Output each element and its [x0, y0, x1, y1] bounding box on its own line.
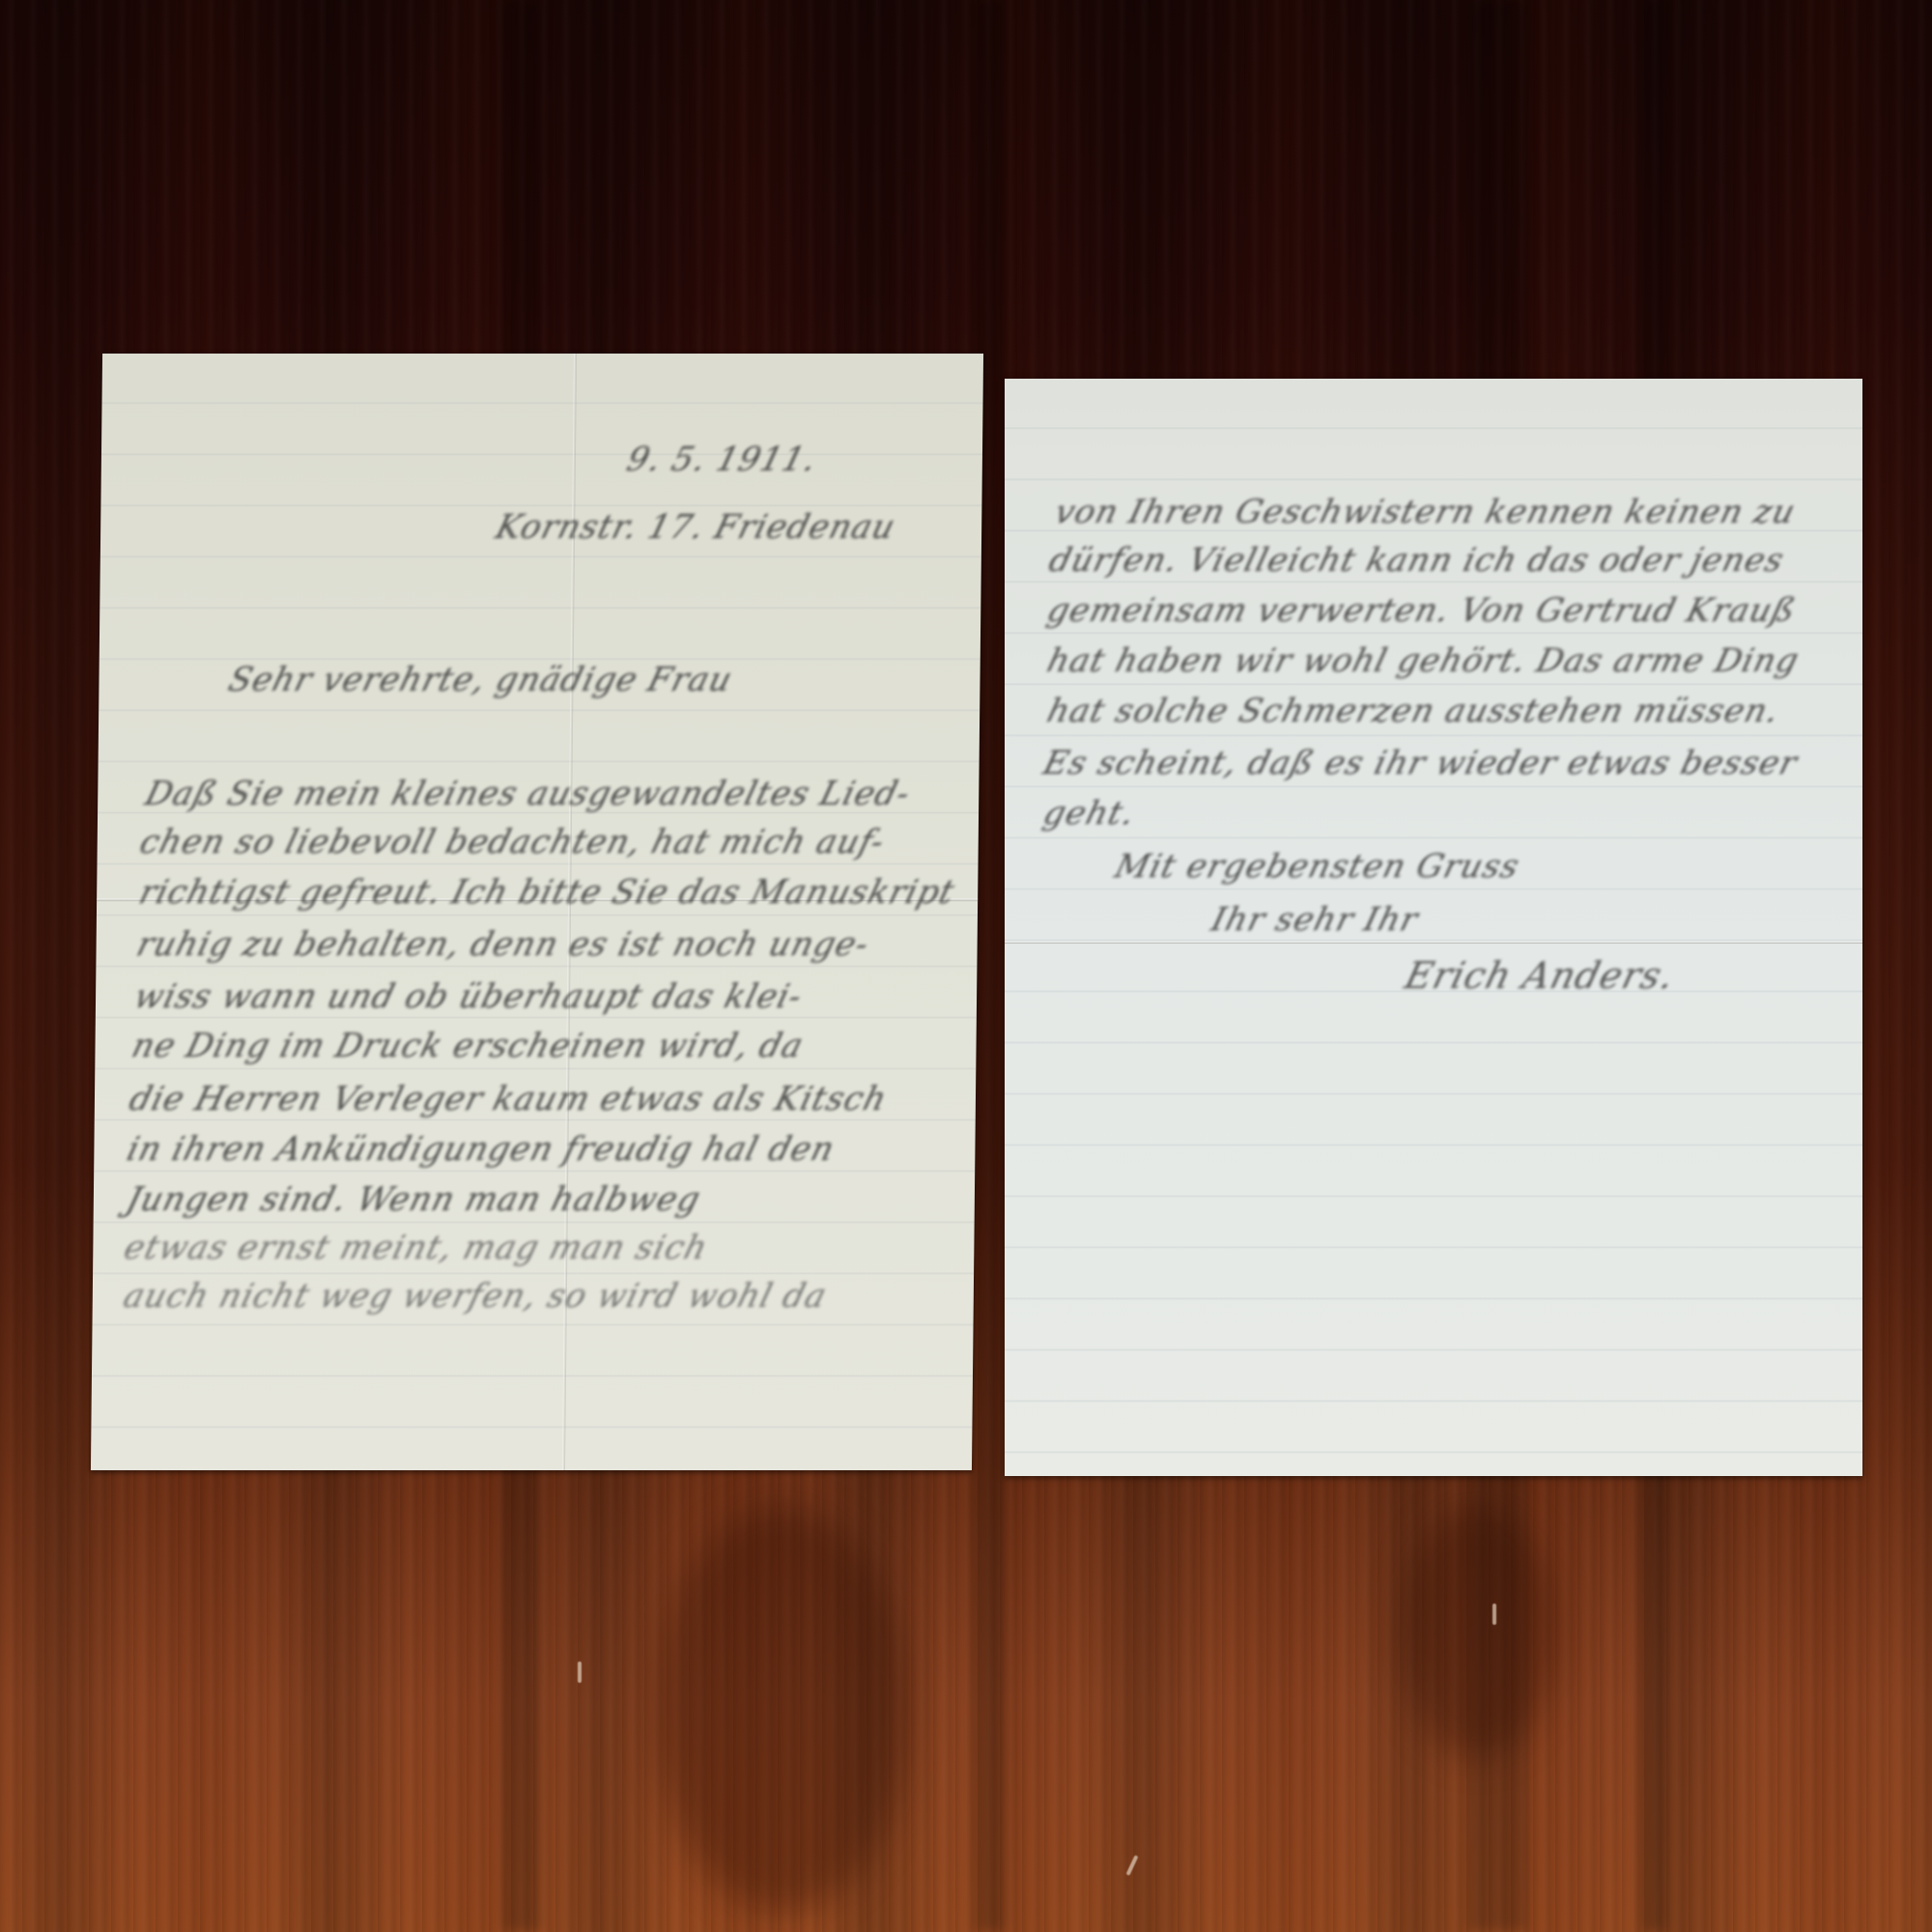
wood-grain-streak — [976, 0, 1005, 1932]
body-line: hat solche Schmerzen ausstehen müssen. — [1043, 692, 1783, 730]
body-line: hat haben wir wohl gehört. Das arme Ding — [1043, 641, 1804, 680]
body-line: ne Ding im Druck erscheinen wird, da — [128, 1027, 808, 1065]
wood-knot — [657, 1507, 908, 1913]
body-line: dürfen. Vielleicht kann ich das oder jen… — [1045, 541, 1788, 580]
body-line: ruhig zu behalten, denn es ist noch unge… — [132, 925, 873, 964]
body-line: die Herren Verleger kaum etwas als Kitsc… — [126, 1080, 892, 1119]
body-line: richtigst gefreut. Ich bitte Sie das Man… — [135, 873, 959, 912]
body-line: Es scheint, daß es ihr wieder etwas bess… — [1039, 744, 1802, 782]
letter-page-1: 9. 5. 1911. Kornstr. 17. Friedenau Sehr … — [91, 354, 983, 1470]
body-line: von Ihren Geschwistern kennen keinen zu — [1051, 493, 1800, 531]
letter-date: 9. 5. 1911. — [623, 440, 821, 479]
wood-fleck — [578, 1662, 582, 1683]
body-line: chen so liebevoll bedachten, hat mich au… — [136, 823, 890, 862]
body-line: Jungen sind. Wenn man halbweg — [123, 1180, 705, 1219]
body-line: in ihren Ankündigungen freudig hal den — [123, 1130, 838, 1169]
body-line: geht. — [1039, 794, 1139, 833]
wood-fleck — [1126, 1855, 1139, 1876]
letter-address: Kornstr. 17. Friedenau — [492, 508, 899, 547]
letter-salutation: Sehr verehrte, gnädige Frau — [224, 661, 736, 699]
wood-knot — [1401, 1507, 1555, 1758]
letter-page-2: von Ihren Geschwistern kennen keinen zu … — [1005, 379, 1862, 1476]
letter-closing: Mit ergebensten Gruss — [1111, 847, 1523, 886]
fold-line — [1005, 941, 1862, 944]
body-line: etwas ernst meint, mag man sich — [120, 1229, 712, 1267]
letter-closing-line-2: Ihr sehr Ihr — [1207, 900, 1422, 939]
body-line: Daß Sie mein kleines ausgewandeltes Lied… — [141, 775, 915, 813]
body-line: auch nicht weg werfen, so wird wohl da — [120, 1277, 832, 1316]
letter-signature: Erich Anders. — [1401, 954, 1679, 997]
body-line: wiss wann und ob überhaupt das klei- — [130, 978, 807, 1016]
wood-fleck — [1492, 1604, 1496, 1625]
body-line: gemeinsam verwerten. Von Gertrud Krauß — [1043, 591, 1800, 630]
